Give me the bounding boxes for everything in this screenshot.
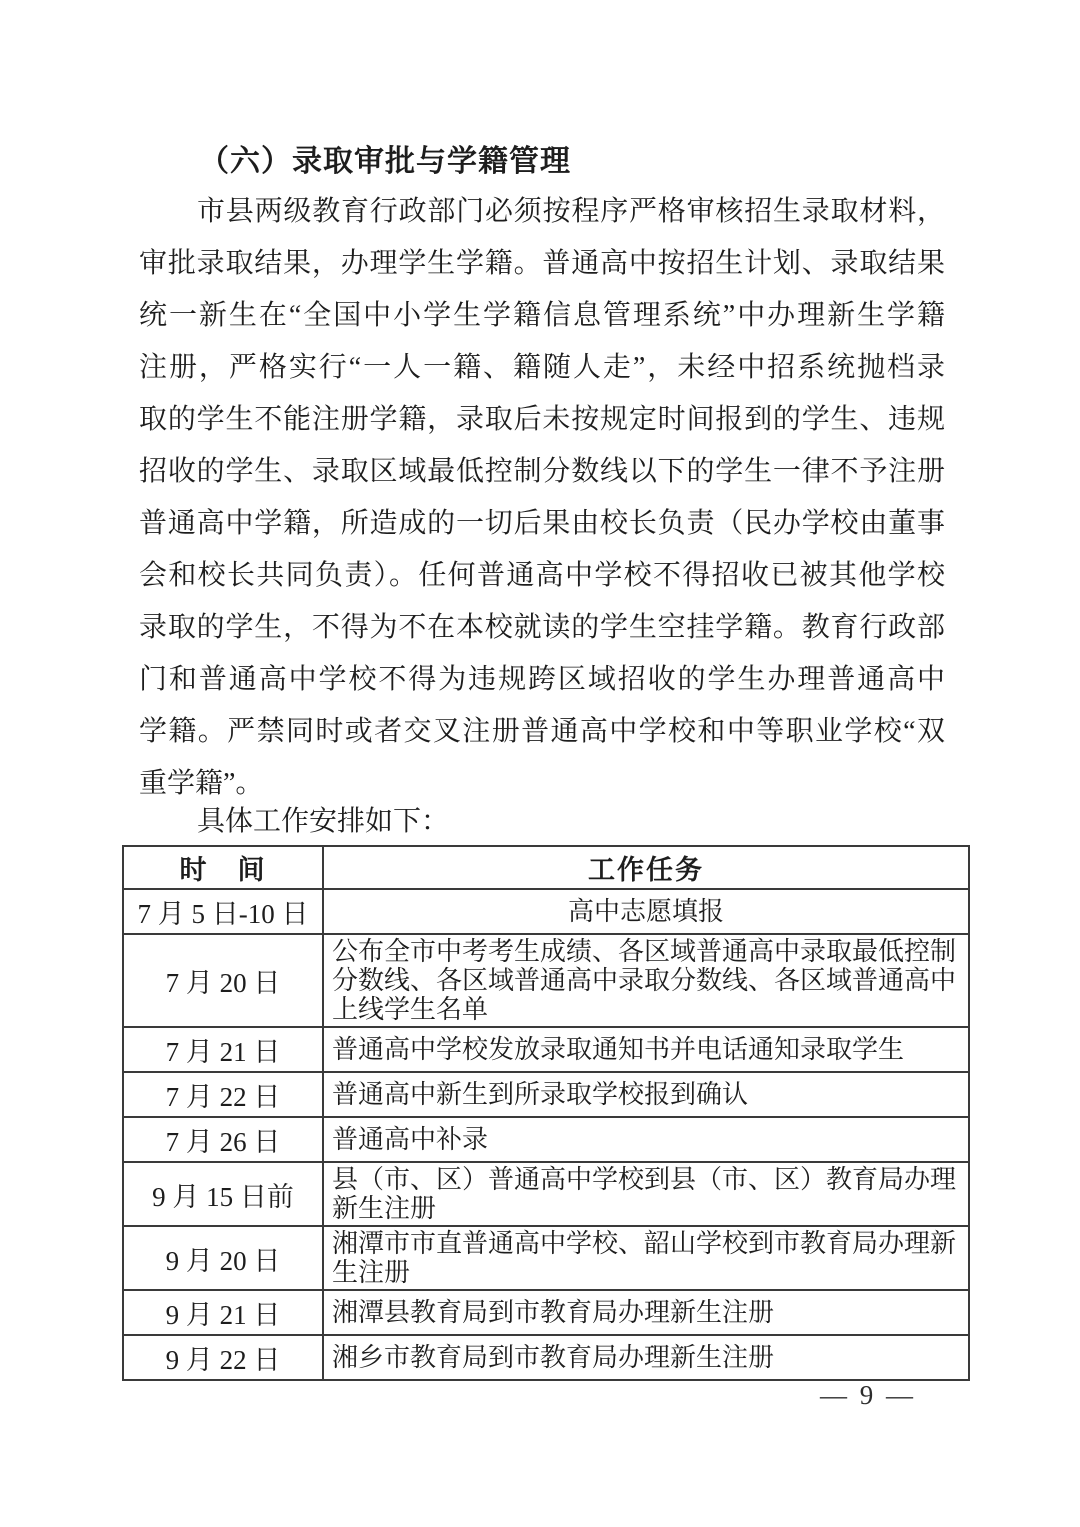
schedule-table: 时 间 工作任务 7 月 5 日-10 日高中志愿填报7 月 20 日公布全市中… [122,845,970,1381]
task-cell: 县（市、区）普通高中学校到县（市、区）教育局办理新生注册 [323,1162,969,1226]
schedule-table-header: 时 间 工作任务 [123,846,969,889]
paragraph-line: 普通高中学籍，所造成的一切后果由校长负责（民办学校由董事 [139,498,945,550]
schedule-row: 7 月 21 日普通高中学校发放录取通知书并电话通知录取学生 [123,1027,969,1072]
paragraph-line: 学籍。严禁同时或者交叉注册普通高中学校和中等职业学校“双 [139,706,945,758]
schedule-row: 9 月 22 日湘乡市教育局到市教育局办理新生注册 [123,1335,969,1380]
paragraph-line: 审批录取结果，办理学生学籍。普通高中按招生计划、录取结果 [139,238,945,290]
time-cell: 9 月 21 日 [123,1290,323,1335]
paragraph-line: 门和普通高中学校不得为违规跨区域招收的学生办理普通高中 [139,654,945,706]
document-page: （六）录取审批与学籍管理 市县两级教育行政部门必须按程序严格审核招生录取材料，审… [0,0,1080,1527]
schedule-row: 7 月 22 日普通高中新生到所录取学校报到确认 [123,1072,969,1117]
paragraph-line: 注册，严格实行“一人一籍、籍随人走”，未经中招系统抛档录 [139,342,945,394]
paragraph-line: 取的学生不能注册学籍，录取后未按规定时间报到的学生、违规 [139,394,945,446]
schedule-table-body: 7 月 5 日-10 日高中志愿填报7 月 20 日公布全市中考考生成绩、各区域… [123,889,969,1380]
task-cell: 湘乡市教育局到市教育局办理新生注册 [323,1335,969,1380]
paragraph-line: 市县两级教育行政部门必须按程序严格审核招生录取材料， [139,186,945,238]
paragraph-line: 录取的学生，不得为不在本校就读的学生空挂学籍。教育行政部 [139,602,945,654]
task-cell: 高中志愿填报 [323,889,969,934]
time-cell: 7 月 26 日 [123,1117,323,1162]
task-cell: 湘潭县教育局到市教育局办理新生注册 [323,1290,969,1335]
col-header-task: 工作任务 [323,846,969,889]
schedule-row: 7 月 5 日-10 日高中志愿填报 [123,889,969,934]
section-heading: （六）录取审批与学籍管理 [199,136,571,180]
schedule-row: 9 月 20 日湘潭市市直普通高中学校、韶山学校到市教育局办理新生注册 [123,1226,969,1290]
schedule-row: 9 月 15 日前县（市、区）普通高中学校到县（市、区）教育局办理新生注册 [123,1162,969,1226]
schedule-row: 7 月 26 日普通高中补录 [123,1117,969,1162]
paragraph-line: 统一新生在“全国中小学生学籍信息管理系统”中办理新生学籍 [139,290,945,342]
page-number: — 9 — [820,1380,916,1411]
body-paragraph: 市县两级教育行政部门必须按程序严格审核招生录取材料，审批录取结果，办理学生学籍。… [139,186,945,810]
time-cell: 9 月 15 日前 [123,1162,323,1226]
schedule-row: 7 月 20 日公布全市中考考生成绩、各区域普通高中录取最低控制分数线、各区域普… [123,934,969,1027]
task-cell: 公布全市中考考生成绩、各区域普通高中录取最低控制分数线、各区域普通高中录取分数线… [323,934,969,1027]
time-cell: 9 月 20 日 [123,1226,323,1290]
header-row: 时 间 工作任务 [123,846,969,889]
col-header-time: 时 间 [123,846,323,889]
time-cell: 7 月 20 日 [123,934,323,1027]
schedule-row: 9 月 21 日湘潭县教育局到市教育局办理新生注册 [123,1290,969,1335]
paragraph-line: 会和校长共同负责）。任何普通高中学校不得招收已被其他学校 [139,550,945,602]
schedule-intro: 具体工作安排如下： [197,800,449,844]
time-cell: 7 月 21 日 [123,1027,323,1072]
task-cell: 普通高中补录 [323,1117,969,1162]
paragraph-line: 招收的学生、录取区域最低控制分数线以下的学生一律不予注册 [139,446,945,498]
task-cell: 普通高中学校发放录取通知书并电话通知录取学生 [323,1027,969,1072]
task-cell: 普通高中新生到所录取学校报到确认 [323,1072,969,1117]
task-cell: 湘潭市市直普通高中学校、韶山学校到市教育局办理新生注册 [323,1226,969,1290]
time-cell: 7 月 5 日-10 日 [123,889,323,934]
time-cell: 7 月 22 日 [123,1072,323,1117]
time-cell: 9 月 22 日 [123,1335,323,1380]
